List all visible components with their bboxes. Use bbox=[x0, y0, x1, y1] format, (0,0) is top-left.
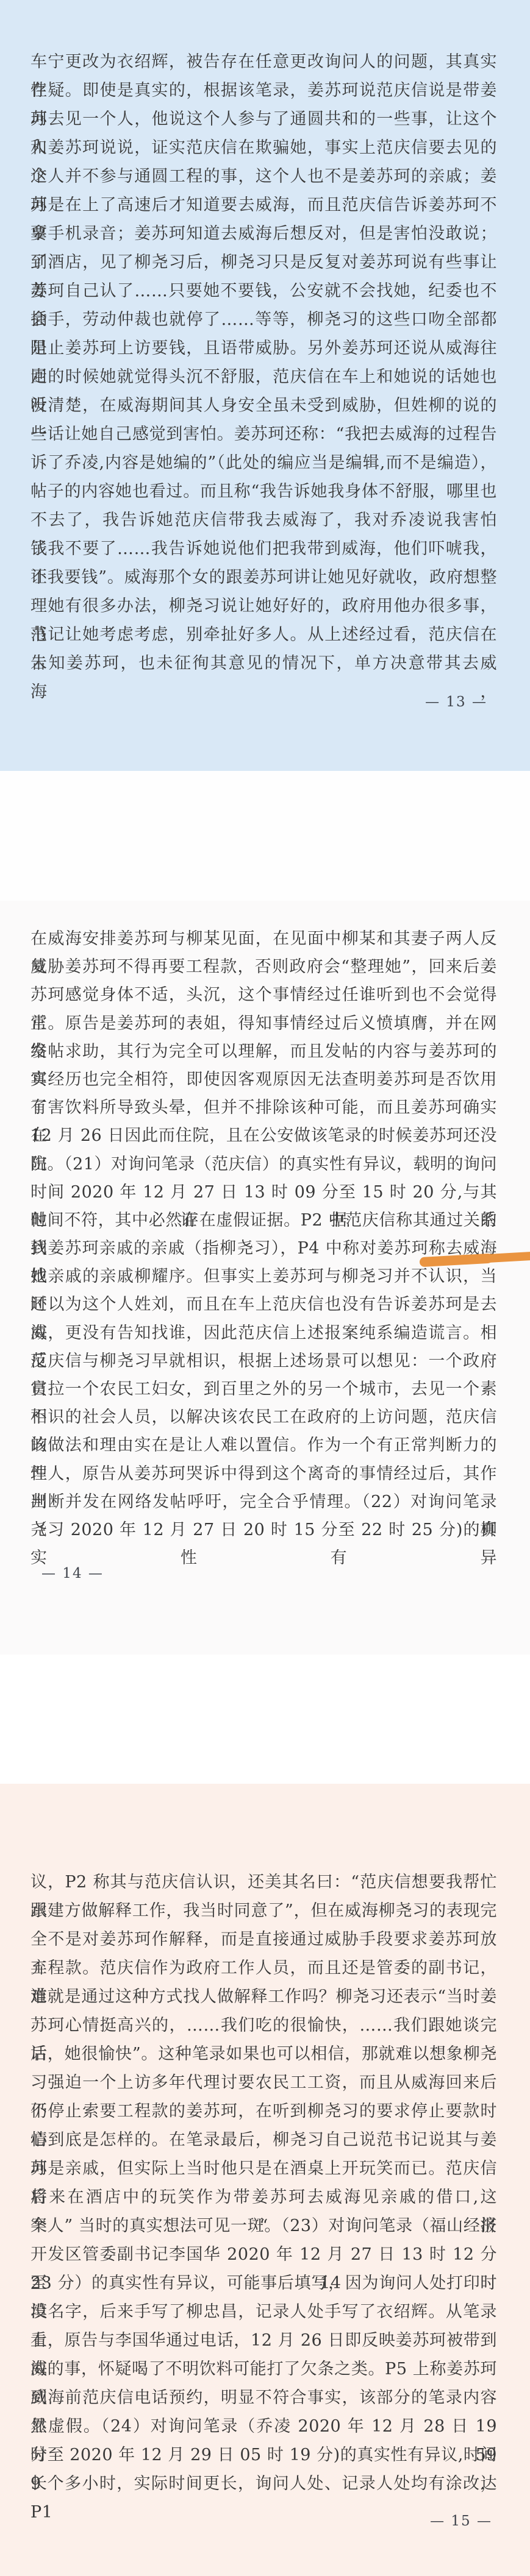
text-line: 尧习 2020 年 12 月 27 日 20 时 15 分至 22 时 25 分… bbox=[30, 1516, 497, 1544]
text-line: 实经历也完全相符，即使因客观原因无法查明姜苏珂是否饮用了 bbox=[30, 1066, 497, 1094]
text-line: 和姜苏珂说说，证实范庆信在欺骗她，事实上范庆信要去见的这 bbox=[30, 133, 497, 162]
text-line: 些话让她自己感觉到害怕。姜苏珂还称：“我把去威海的过程告 bbox=[30, 420, 497, 449]
text-line: 然虚假。（24）对询问笔录（乔凌 2020 年 12 月 28 日 19 时 5… bbox=[30, 2412, 497, 2441]
text-line: 珂去见一个人，他说这个人参与了通圆共和的一些事，让这个人 bbox=[30, 105, 497, 133]
page-15-text: 议，P2 称其与范庆信认识，还美其名曰：“范庆信想要我帮忙跟承建方做解释工作，我… bbox=[0, 1784, 530, 2498]
text-line: 23 分）的真实性有异议，可能事后填写，因为询问人处打印时没 bbox=[30, 2269, 497, 2297]
text-line: 该做法和理由实在是让人难以置信。作为一个有正常判断力的理 bbox=[30, 1432, 497, 1460]
text-line: 海，更没有告知找谁，因此范庆信上述报案纯系编造谎言。相反 bbox=[30, 1319, 497, 1347]
text-line: 9 个多小时，实际时间更长，询问人处、记录人处均有涂改，P1 bbox=[30, 2469, 497, 2498]
text-line: 院。（21）对询问笔录（范庆信）的真实性有异议，载明的询问 bbox=[30, 1151, 497, 1179]
text-line: 时间 2020 年 12 月 27 日 13 时 09 分至 15 时 20 分… bbox=[30, 1179, 497, 1207]
text-line: 在威海安排姜苏珂与柳某见面，在见面中柳某和其妻子两人反复 bbox=[30, 925, 497, 953]
text-line: 海的事，怀疑喝了不明饮料可能打了欠条之类。P5 上称姜苏珂到 bbox=[30, 2355, 497, 2383]
text-line: 工程款。范庆信作为政府工作人员，而且还是管委的副书记，难 bbox=[30, 1954, 497, 1982]
text-line: 开发区管委副书记李国华 2020 年 12 月 27 日 13 时 12 分至 … bbox=[30, 2240, 497, 2269]
page-gap bbox=[0, 771, 530, 901]
text-line: 存疑。即使是真实的，根据该笔录，姜苏珂说范庆信说是带姜苏 bbox=[30, 76, 497, 105]
text-line: 珂是亲戚，但实际上当时他只是在酒桌上开玩笑而已。范庆信将 bbox=[30, 2154, 497, 2183]
text-line: 员拉一个农民工妇女，到百里之外的另一个城市，去见一个素不 bbox=[30, 1375, 497, 1403]
text-line: 个人并不参与通圆工程的事，这个人也不是姜苏珂的亲戚；姜苏 bbox=[30, 162, 497, 191]
text-line: 告知姜苏珂，也未征徇其意见的情况下，单方决意带其去威海， bbox=[30, 649, 497, 678]
text-line: 全不是对姜苏珂作解释，而是直接通过威胁手段要求姜苏珂放弃 bbox=[30, 1925, 497, 1954]
text-line: 发帖求助，其行为完全可以理解，而且发帖的内容与姜苏珂的真 bbox=[30, 1038, 497, 1066]
text-line: 性人，原告从姜苏珂哭诉中得到这个离奇的事情经过后，其作出 bbox=[30, 1460, 497, 1488]
text-line: 承建方做解释工作，我当时同意了”，但在威海柳尧习的表现完 bbox=[30, 1897, 497, 1925]
text-line: 常。原告是姜苏珂的表姐，得知事情经过后义愤填膺，并在网络 bbox=[30, 1010, 497, 1038]
text-line: 12 月 26 日因此而住院，且在公安做该笔录的时候姜苏珂还没出 bbox=[30, 1122, 497, 1150]
text-line: 阻止姜苏珂上访要钱，且语带威胁。另外姜苏珂还说从威海往回 bbox=[30, 334, 497, 363]
text-line: 不停止索要工程款的姜苏珂，在听到柳尧习的要求停止要款时心 bbox=[30, 2097, 497, 2126]
text-line: 还以为这个人姓刘，而且在车上范庆信也没有告诉姜苏珂是去威 bbox=[30, 1291, 497, 1319]
page-13-number: — 13 — bbox=[425, 693, 487, 711]
text-line: 苏珂心情挺高兴的，……我们吃的很愉快，……我们跟她谈完话 bbox=[30, 2011, 497, 2040]
text-line: 看，原告与李国华通过电话，12 月 26 日即反映姜苏珂被带到威 bbox=[30, 2326, 497, 2355]
text-line: 让我要钱”。威海那个女的跟姜苏珂讲让她见好就收，政府想整 bbox=[30, 563, 497, 592]
text-line: 车宁更改为衣绍辉，被告存在任意更改询问人的问题，其真实性 bbox=[30, 48, 497, 76]
text-line: 范庆信与柳尧习早就相识，根据上述场景可以想见：一个政府官 bbox=[30, 1347, 497, 1375]
page-15-number: — 15 — bbox=[430, 2512, 492, 2530]
text-line: 不去了，我告诉她范庆信带我去威海了，我对乔凌说我害怕了， bbox=[30, 506, 497, 534]
page-13: 车宁更改为衣绍辉，被告存在任意更改询问人的问题，其真实性存疑。即使是真实的，根据… bbox=[0, 0, 530, 771]
text-line: 分至 2020 年 12 月 29 日 05 时 19 分)的真实性有异议,时间… bbox=[30, 2441, 497, 2469]
text-line: 威海前范庆信电话预约，明显不符合事实，该部分的笔录内容显 bbox=[30, 2383, 497, 2412]
page-14-number: — 14 — bbox=[41, 1564, 104, 1583]
text-line: 钱我不要了……我告诉她说他们把我带到威海，他们吓唬我，不 bbox=[30, 534, 497, 563]
page-14: 在威海安排姜苏珂与柳某见面，在见面中柳某和其妻子两人反复威胁姜苏珂不得再要工程款… bbox=[0, 901, 530, 1655]
text-line: 情到底是怎样的。在笔录最后，柳尧习自己说范书记说其与姜苏 bbox=[30, 2126, 497, 2154]
text-line: 理她有很多办法，柳尧习说让她好好的，政府用他办很多事，范 bbox=[30, 592, 497, 620]
text-line: 了酒店，见了柳尧习后，柳尧习只是反复对姜苏珂说有些事让姜 bbox=[30, 248, 497, 277]
text-line: 判断并发在网络发帖呼吁，完全合乎情理。（22）对询问笔录（柳 bbox=[30, 1488, 497, 1516]
page-15: 议，P2 称其与范庆信认识，还美其名曰：“范庆信想要我帮忙跟承建方做解释工作，我… bbox=[0, 1784, 530, 2576]
text-line: 习强迫一个上访多年代理讨要农民工工资，而且从威海回来后仍 bbox=[30, 2068, 497, 2097]
text-line: 案人” 当时的真实想法可见一斑。（23）对询问笔录（福山经济 bbox=[30, 2212, 497, 2240]
text-line: 苏珂感觉身体不适，头沉，这个事情经过任谁听到也不会觉得正 bbox=[30, 981, 497, 1009]
text-line: 后，她很愉快”。这种笔录如果也可以相信，那就难以想象柳尧 bbox=[30, 2040, 497, 2068]
text-line: 议，P2 称其与范庆信认识，还美其名曰：“范庆信想要我帮忙跟 bbox=[30, 1868, 497, 1897]
text-line: 诉了乔凌,内容是她编的”（此处的编应当是编辑,而不是编造）， bbox=[30, 449, 497, 477]
text-line: 后来在酒店中的玩笑作为带姜苏珂去威海见亲戚的借口,这个“报 bbox=[30, 2183, 497, 2212]
text-line: 相识的社会人员，以解决该农民工在政府的上访问题，范庆信的 bbox=[30, 1403, 497, 1432]
page-14-text: 在威海安排姜苏珂与柳某见面，在见面中柳某和其妻子两人反复威胁姜苏珂不得再要工程款… bbox=[0, 901, 530, 1544]
text-line: 填名字，后来手写了柳忠昌，记录人处手写了衣绍辉。从笔录上 bbox=[30, 2297, 497, 2326]
text-line: 威胁姜苏珂不得再要工程款，否则政府会“整理她”，回来后姜 bbox=[30, 953, 497, 981]
text-line: 苏珂自己认了……只要她不要钱，公安就不会找她，纪委也不会 bbox=[30, 277, 497, 305]
text-line: 拿手机录音；姜苏珂知道去威海后想反对，但是害怕没敢说；到 bbox=[30, 219, 497, 248]
document-scroll-view: 车宁更改为衣绍辉，被告存在任意更改询问人的问题，其真实性存疑。即使是真实的，根据… bbox=[0, 0, 530, 2576]
text-line: 时间不符，其中必然存在虚假证据。P2 中范庆信称其通过关系找 bbox=[30, 1207, 497, 1235]
text-line: 插手，劳动仲裁也就停了……等等，柳尧习的这些口吻全部都是 bbox=[30, 305, 497, 334]
text-line: 听清楚，在威海期间其人身安全虽未受到威胁，但姓柳的说的一 bbox=[30, 391, 497, 420]
text-line: 有害饮料所导致头晕，但并不排除该种可能，而且姜苏珂确实在 bbox=[30, 1094, 497, 1122]
text-line: 珂是在上了高速后才知道要去威海，而且范庆信告诉姜苏珂不要 bbox=[30, 191, 497, 219]
text-line: 书记让她考虑考虑，别牵扯好多人。从上述经过看，范庆信在未 bbox=[30, 620, 497, 649]
page-13-text: 车宁更改为衣绍辉，被告存在任意更改询问人的问题，其真实性存疑。即使是真实的，根据… bbox=[0, 0, 530, 678]
text-line: 走的时候她就觉得头沉不舒服，范庆信在车上和她说的话她也没 bbox=[30, 363, 497, 391]
text-line: 她亲戚的亲戚柳耀序。但事实上姜苏珂与柳尧习并不认识，当时 bbox=[30, 1263, 497, 1291]
text-line: 道就是通过这种方式找人做解释工作吗？柳尧习还表示“当时姜 bbox=[30, 1982, 497, 2011]
text-line: 帖子的内容她也看过。而且称“我告诉她我身体不舒服，哪里也 bbox=[30, 477, 497, 506]
page-gap bbox=[0, 1655, 530, 1784]
